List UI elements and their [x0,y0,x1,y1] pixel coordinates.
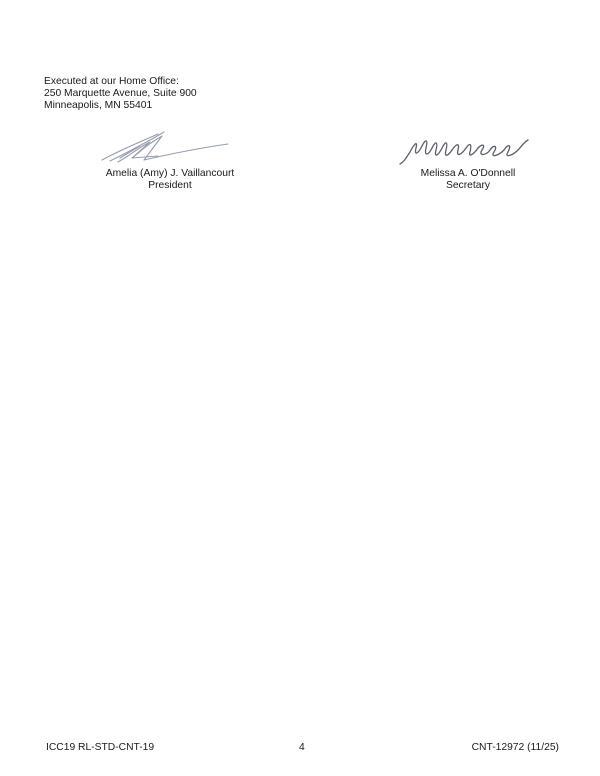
address-street: 250 Marquette Avenue, Suite 900 [44,88,197,100]
document-page: Executed at our Home Office: 250 Marquet… [0,0,600,776]
page-number: 4 [299,742,305,754]
home-office-address: Executed at our Home Office: 250 Marquet… [44,76,197,113]
signature-block-president: Amelia (Amy) J. Vaillancourt President [80,128,260,192]
signatory-title: Secretary [378,180,558,192]
form-code: ICC19 RL-STD-CNT-19 [46,742,154,754]
address-city-state-zip: Minneapolis, MN 55401 [44,100,197,112]
page-footer: ICC19 RL-STD-CNT-19 4 CNT-12972 (11/25) [0,742,600,756]
president-signature-icon [80,128,260,168]
signatory-title: President [80,180,260,192]
document-code: CNT-12972 (11/25) [472,742,559,754]
signature-block-secretary: Melissa A. O'Donnell Secretary [378,128,558,192]
signatory-name: Melissa A. O'Donnell [378,168,558,180]
secretary-signature-icon [378,128,558,168]
executed-at-label: Executed at our Home Office: [44,76,197,88]
signatory-name: Amelia (Amy) J. Vaillancourt [80,168,260,180]
